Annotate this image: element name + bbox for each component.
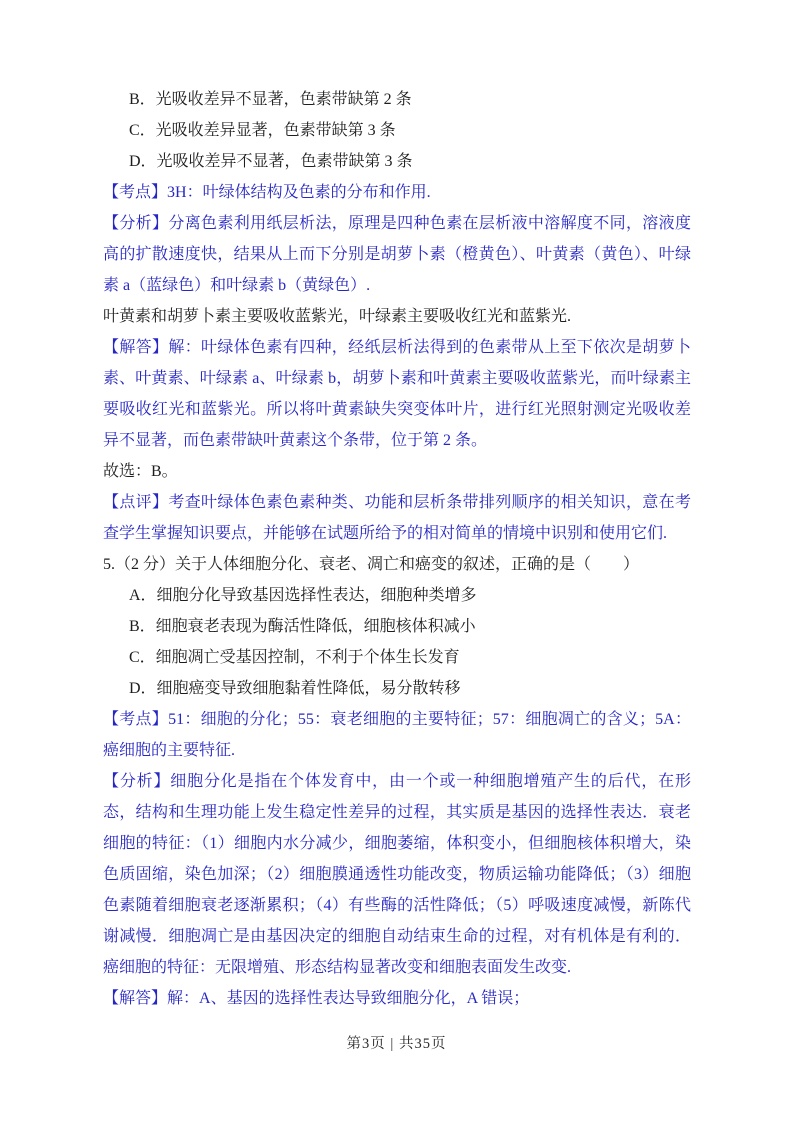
tag-label: 【分析】 bbox=[103, 773, 170, 790]
option-line-B: B．光吸收差异不显著，色素带缺第 2 条 bbox=[129, 84, 691, 115]
question-line-5: 5.（2 分）关于人体细胞分化、衰老、凋亡和癌变的叙述，正确的是（ ） bbox=[103, 549, 691, 580]
tag-label: 【考点】 bbox=[103, 711, 168, 728]
text-paragraph: 故选：B。 bbox=[103, 456, 691, 487]
tag-label: 【解答】 bbox=[103, 339, 168, 356]
tag-paragraph: 【解答】解：A、基因的选择性表达导致细胞分化，A 错误； bbox=[103, 983, 691, 1014]
page-footer: 第3页 | 共35页 bbox=[0, 1032, 793, 1053]
tag-label: 【点评】 bbox=[103, 494, 168, 511]
text-paragraph: 叶黄素和胡萝卜素主要吸收蓝紫光，叶绿素主要吸收红光和蓝紫光. bbox=[103, 301, 691, 332]
tag-label: 【解答】 bbox=[103, 990, 167, 1007]
option-line-C: C．光吸收差异显著，色素带缺第 3 条 bbox=[129, 115, 691, 146]
tag-paragraph: 【解答】解：叶绿体色素有四种，经纸层析法得到的色素带从上至下依次是胡萝卜素、叶黄… bbox=[103, 332, 691, 456]
document-page: B．光吸收差异不显著，色素带缺第 2 条C．光吸收差异显著，色素带缺第 3 条D… bbox=[0, 0, 793, 1122]
tag-label: 【分析】 bbox=[103, 215, 168, 232]
option-line-B: B．细胞衰老表现为酶活性降低，细胞核体积减小 bbox=[129, 611, 691, 642]
tag-paragraph: 【分析】细胞分化是指在个体发育中，由一个或一种细胞增殖产生的后代，在形态，结构和… bbox=[103, 766, 691, 983]
option-line-D: D．细胞癌变导致细胞黏着性降低，易分散转移 bbox=[129, 673, 691, 704]
tag-paragraph: 【分析】分离色素利用纸层析法，原理是四种色素在层析液中溶解度不同，溶液度高的扩散… bbox=[103, 208, 691, 301]
option-line-D: D．光吸收差异不显著，色素带缺第 3 条 bbox=[129, 146, 691, 177]
tag-paragraph: 【点评】考查叶绿体色素色素种类、功能和层析条带排列顺序的相关知识，意在考查学生掌… bbox=[103, 487, 691, 549]
tag-paragraph: 【考点】3H：叶绿体结构及色素的分布和作用. bbox=[103, 177, 691, 208]
tag-paragraph: 【考点】51：细胞的分化；55：衰老细胞的主要特征；57：细胞凋亡的含义；5A：… bbox=[103, 704, 691, 766]
document-content: B．光吸收差异不显著，色素带缺第 2 条C．光吸收差异显著，色素带缺第 3 条D… bbox=[103, 84, 691, 1014]
tag-label: 【考点】 bbox=[103, 184, 167, 201]
option-line-A: A．细胞分化导致基因选择性表达，细胞种类增多 bbox=[129, 580, 691, 611]
option-line-C: C．细胞凋亡受基因控制，不利于个体生长发育 bbox=[129, 642, 691, 673]
